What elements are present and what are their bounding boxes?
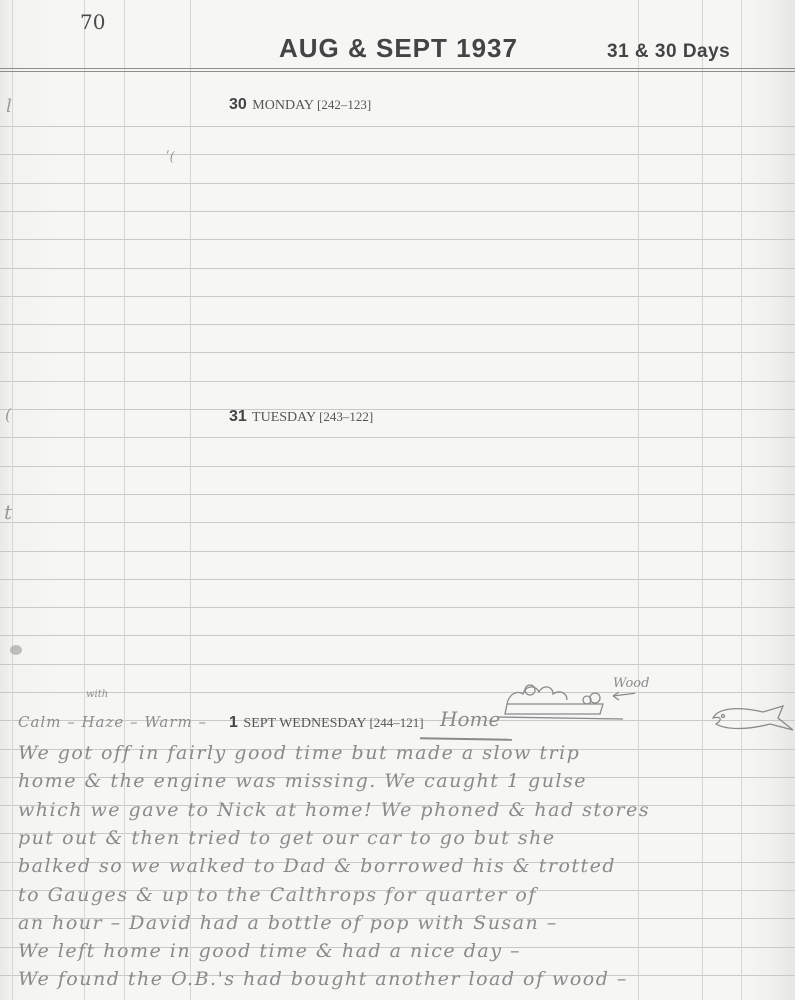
rule-line: [0, 494, 795, 495]
location-note: Home: [440, 707, 500, 731]
rule-line: [0, 607, 795, 608]
day-weekday: MONDAY: [252, 98, 313, 113]
day-number: 30: [229, 96, 247, 113]
rule-line: [0, 692, 795, 693]
rule-line: [0, 664, 795, 665]
rule-line: [0, 239, 795, 240]
fish-sketch-icon: [708, 700, 795, 740]
day-heading-aug-31: 31 TUESDAY [243–122]: [229, 408, 373, 426]
stray-pencil-mark: ʹ(: [166, 150, 175, 165]
entry-line: We left home in good time & had a nice d…: [18, 940, 788, 962]
location-underline: [420, 737, 512, 741]
diary-page: 70 AUG & SEPT 1937 31 & 30 Days 30 MONDA…: [0, 0, 795, 1000]
rule-line: [0, 466, 795, 467]
rule-line: [0, 551, 795, 552]
entry-line: which we gave to Nick at home! We phoned…: [18, 799, 788, 821]
entry-line: balked so we walked to Dad & borrowed hi…: [18, 855, 788, 877]
page-number: 70: [80, 10, 105, 34]
weather-note: Calm – Haze – Warm –: [18, 713, 207, 731]
day-weekday: SEPT WEDNESDAY: [243, 716, 366, 731]
day-number: 1: [229, 714, 238, 731]
day-weekday: TUESDAY: [252, 410, 316, 425]
day-code: [242–123]: [317, 97, 371, 112]
margin-mark: t: [4, 500, 12, 524]
entry-line: an hour – David had a bottle of pop with…: [18, 912, 788, 934]
day-heading-aug-30: 30 MONDAY [242–123]: [229, 96, 371, 114]
margin-mark: l: [6, 96, 12, 117]
column-rule: [638, 0, 639, 1000]
column-rule: [190, 0, 191, 1000]
entry-line: to Gauges & up to the Calthrops for quar…: [18, 884, 788, 906]
rule-line: [0, 154, 795, 155]
days-count: 31 & 30 Days: [607, 41, 730, 63]
rule-line: [0, 268, 795, 269]
column-rule: [12, 0, 13, 1000]
rule-line: [0, 324, 795, 325]
day-code: [243–122]: [319, 409, 373, 424]
rule-line: [0, 183, 795, 184]
rule-line: [0, 522, 795, 523]
entry-line: put out & then tried to get our car to g…: [18, 827, 788, 849]
month-title: AUG & SEPT 1937: [279, 33, 518, 64]
day-heading-sept-1: 1 SEPT WEDNESDAY [244–121]: [229, 714, 424, 732]
woodpile-sketch-icon: [495, 676, 635, 721]
weather-annotation: with: [86, 689, 108, 700]
rule-line: [0, 211, 795, 212]
header-double-rule-top: [0, 68, 795, 69]
rule-line: [0, 437, 795, 438]
column-rule: [702, 0, 703, 1000]
rule-line: [0, 579, 795, 580]
margin-mark: (: [5, 405, 11, 424]
day-number: 31: [229, 408, 247, 425]
rule-line: [0, 409, 795, 410]
rule-line: [0, 296, 795, 297]
day-code: [244–121]: [369, 715, 423, 730]
header-double-rule-bottom: [0, 71, 795, 72]
column-rule: [124, 0, 125, 1000]
rule-line: [0, 352, 795, 353]
column-rule: [84, 0, 85, 1000]
entry-line: We got off in fairly good time but made …: [18, 742, 788, 764]
rule-line: [0, 126, 795, 127]
rule-line: [0, 381, 795, 382]
rule-line: [0, 635, 795, 636]
ink-smudge: [10, 645, 22, 655]
entry-line: home & the engine was missing. We caught…: [18, 770, 788, 792]
entry-line: We found the O.B.'s had bought another l…: [18, 968, 788, 990]
column-rule: [741, 0, 742, 1000]
